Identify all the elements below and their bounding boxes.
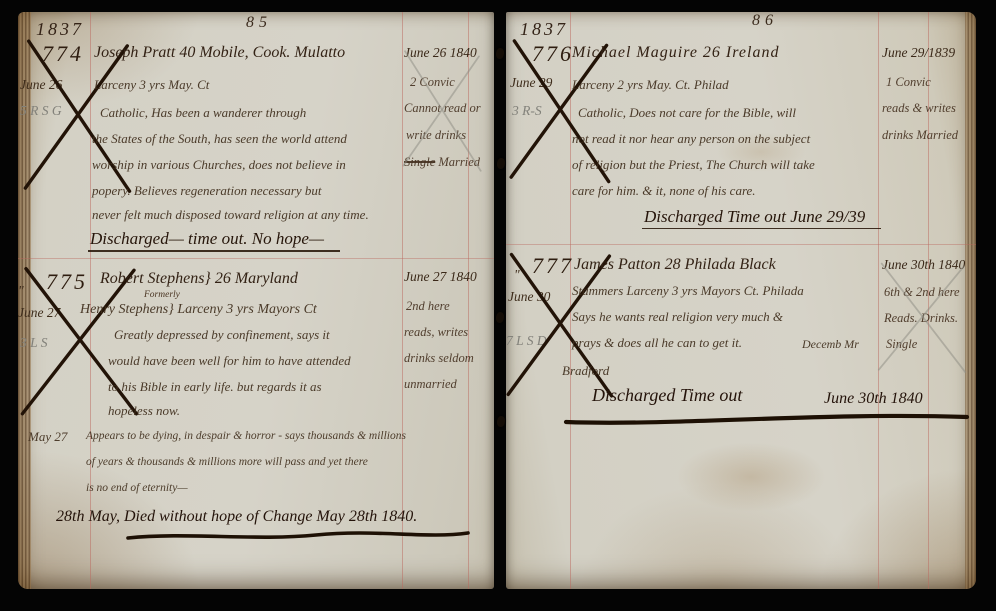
note-line: of years & thousands & millions more wil… <box>86 456 368 469</box>
entry-line: would have been well for him to have att… <box>108 354 351 368</box>
prisoner-name-line: James Patton 28 Philada Black <box>574 256 776 274</box>
prisoner-name-line: Michael Maguire 26 Ireland <box>572 44 779 62</box>
entry-line: hopeless now. <box>108 404 180 418</box>
binding-stitch <box>496 157 505 169</box>
entry-line: worship in various Churches, does not be… <box>92 158 346 172</box>
side-date: June 27 1840 <box>404 270 477 285</box>
entry-line: the States of the South, has seen the wo… <box>92 132 347 146</box>
side-note: reads & writes <box>882 102 956 116</box>
binding-stitch <box>495 47 504 59</box>
pencil-note: Bradford <box>562 364 609 378</box>
side-note: drinks Married <box>882 129 958 143</box>
year-label: 1837 <box>520 20 568 40</box>
discharge-line: Discharged Time out <box>592 386 742 406</box>
side-note: 1 Convic <box>886 76 931 90</box>
left-page: 1837 85 774 June 26 5 R S G Joseph Pratt… <box>18 12 494 589</box>
side-note: drinks seldom <box>404 352 474 366</box>
ledger-photo: 1837 85 774 June 26 5 R S G Joseph Pratt… <box>0 0 996 611</box>
entry-line: Larceny 3 yrs May. Ct <box>94 78 209 92</box>
page-number: 86 <box>752 12 778 30</box>
faint-pencil-x-icon <box>874 260 970 378</box>
side-note: unmarried <box>404 378 457 392</box>
page-number: 85 <box>246 14 272 32</box>
paper-stain <box>676 442 826 512</box>
binding-stitch <box>496 415 505 427</box>
faint-pencil-x-icon <box>398 46 486 176</box>
prisoner-name-line: Robert Stephens} 26 Maryland <box>100 270 298 288</box>
note-line: is no end of eternity— <box>86 482 188 495</box>
entry-divider-rule <box>18 258 494 259</box>
entry-line: Stammers Larceny 3 yrs Mayors Ct. Philad… <box>572 284 804 298</box>
discharge-line: Discharged Time out June 29/39 <box>642 208 881 229</box>
entry-line: of religion but the Priest, The Church w… <box>572 158 815 172</box>
side-date: June 29/1839 <box>882 46 955 61</box>
prisoner-alias-line: Henry Stephens} Larceny 3 yrs Mayors Ct <box>80 302 317 317</box>
entry-line: Catholic, Has been a wanderer through <box>100 106 306 120</box>
entry-line: Greatly depressed by confinement, says i… <box>114 328 330 342</box>
entry-line: Larceny 2 yrs May. Ct. Philad <box>572 78 729 92</box>
entry-line: never felt much disposed toward religion… <box>92 208 369 222</box>
side-note: reads, writes <box>404 326 468 340</box>
discharge-date: June 30th 1840 <box>824 390 923 408</box>
entry-line: popery. Believes regeneration necessary … <box>92 184 321 198</box>
entry-line: care for him. & it, none of his care. <box>572 184 756 198</box>
entry-line: not read it nor hear any person on the s… <box>572 132 810 146</box>
year-label: 1837 <box>36 20 84 40</box>
heavy-underline <box>564 410 970 426</box>
discharge-line: Discharged— time out. No hope— <box>88 230 340 252</box>
entry-line: Catholic, Does not care for the Bible, w… <box>578 106 796 120</box>
heavy-underline <box>126 530 471 542</box>
interline-word: Formerly <box>144 290 180 300</box>
binding-stitch <box>495 311 504 323</box>
right-page: 1837 86 776 June 29 3 R-S Michael Maguir… <box>506 12 976 589</box>
entry-line: to his Bible in early life. but regards … <box>108 380 322 394</box>
side-note: 2nd here <box>406 300 450 314</box>
entry-line: Says he wants real religion very much & <box>572 310 783 324</box>
note-date: May 27 <box>28 430 67 444</box>
pencil-note: Decemb Mr <box>802 338 859 351</box>
prisoner-name-line: Joseph Pratt 40 Mobile, Cook. Mulatto <box>94 44 345 62</box>
entry-divider-rule <box>506 244 976 245</box>
entry-line: prays & does all he can to get it. <box>572 336 742 350</box>
death-record-line: 28th May, Died without hope of Change Ma… <box>56 508 417 526</box>
note-line: Appears to be dying, in despair & horror… <box>86 430 406 443</box>
